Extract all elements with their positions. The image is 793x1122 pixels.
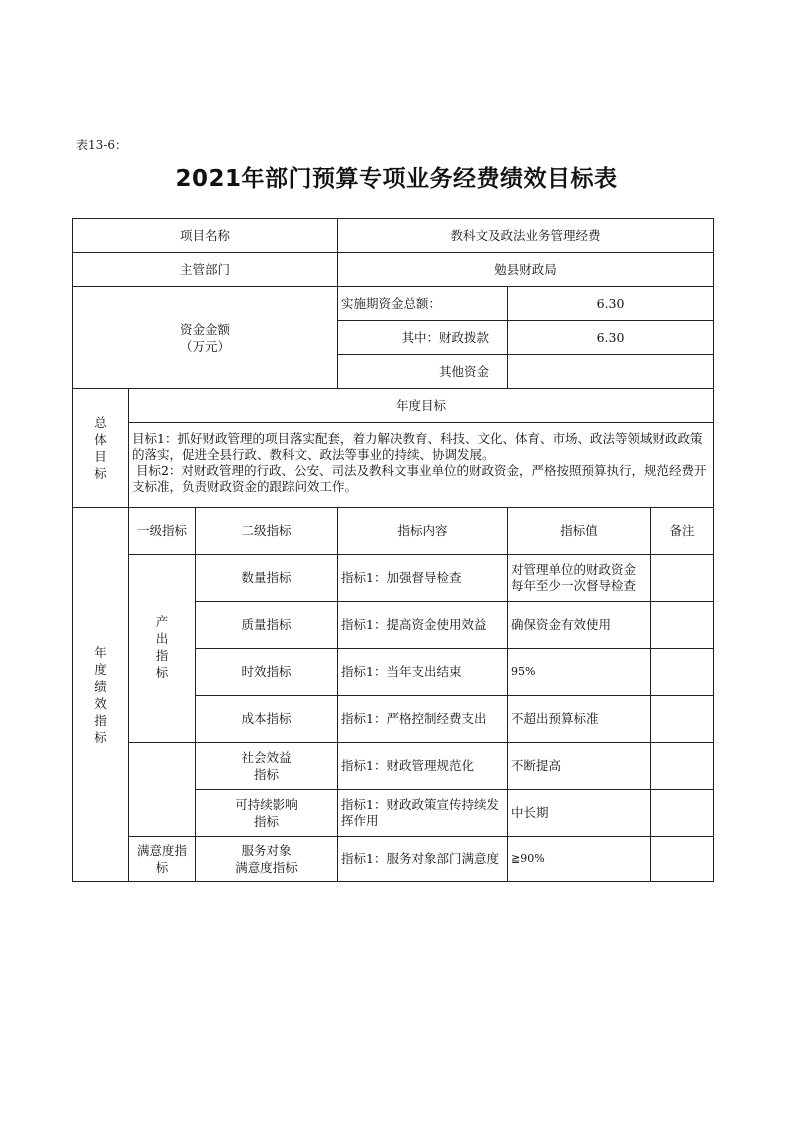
effect-indicator-label [128, 742, 196, 837]
note-cell [650, 742, 714, 790]
fund-unit: （万元） [180, 338, 230, 355]
output-indicator-label: 产 出 指 标 [128, 554, 196, 743]
project-name-label: 项目名称 [72, 218, 338, 253]
content-cell: 指标1：财政管理规范化 [337, 742, 508, 790]
satisfaction-indicator-label: 满意度指 标 [128, 836, 196, 882]
content-cell: 指标1：财政政策宣传持续发挥作用 [337, 789, 508, 837]
header-level1: 一级指标 [128, 507, 196, 555]
value-cell: 确保资金有效使用 [507, 601, 651, 649]
annual-goal-header: 年度目标 [128, 388, 714, 423]
note-cell [650, 695, 714, 743]
value-cell: 不超出预算标准 [507, 695, 651, 743]
total-value: 6.30 [507, 286, 714, 321]
table-number: 表13-6： [76, 136, 127, 153]
level2-cell: 数量指标 [195, 554, 338, 602]
annual-goal-text: 目标1：抓好财政管理的项目落实配套，着力解决教育、科技、文化、体育、市场、政法等… [128, 422, 714, 508]
content-cell: 指标1：当年支出结束 [337, 648, 508, 696]
fiscal-label: 其中：财政拨款 [337, 320, 508, 355]
note-cell [650, 648, 714, 696]
total-label: 实施期资金总额： [337, 286, 508, 321]
fund-label: 资金金额 [180, 321, 230, 338]
other-value [507, 354, 714, 389]
note-cell [650, 601, 714, 649]
value-cell: 95% [507, 648, 651, 696]
fund-label-cell: 资金金额 （万元） [72, 286, 338, 389]
goal-2: 目标2：对财政管理的行政、公安、司法及教科文事业单位的财政资金，严格按照预算执行… [132, 463, 710, 495]
note-cell [650, 836, 714, 882]
level2-cell: 可持续影响 指标 [195, 789, 338, 837]
overall-goal-label: 总 体 目 标 [72, 388, 129, 508]
header-note: 备注 [650, 507, 714, 555]
other-label: 其他资金 [337, 354, 508, 389]
dept-value: 勉县财政局 [337, 252, 714, 287]
level2-cell: 社会效益 指标 [195, 742, 338, 790]
value-cell: 中长期 [507, 789, 651, 837]
header-content: 指标内容 [337, 507, 508, 555]
project-name-value: 教科文及政法业务管理经费 [337, 218, 714, 253]
content-cell: 指标1：提高资金使用效益 [337, 601, 508, 649]
value-cell: 对管理单位的财政资金每年至少一次督导检查 [507, 554, 651, 602]
page-title: 2021年部门预算专项业务经费绩效目标表 [0, 160, 793, 193]
header-value: 指标值 [507, 507, 651, 555]
level2-cell: 成本指标 [195, 695, 338, 743]
note-cell [650, 554, 714, 602]
level2-cell: 时效指标 [195, 648, 338, 696]
content-cell: 指标1：加强督导检查 [337, 554, 508, 602]
value-cell: ≧90% [507, 836, 651, 882]
fiscal-value: 6.30 [507, 320, 714, 355]
performance-table: 项目名称 教科文及政法业务管理经费 主管部门 勉县财政局 资金金额 （万元） 实… [72, 218, 714, 882]
dept-label: 主管部门 [72, 252, 338, 287]
note-cell [650, 789, 714, 837]
goal-1: 目标1：抓好财政管理的项目落实配套，着力解决教育、科技、文化、体育、市场、政法等… [132, 431, 710, 463]
annual-indicator-label: 年 度 绩 效 指 标 [72, 507, 129, 882]
level2-cell: 服务对象 满意度指标 [195, 836, 338, 882]
level2-cell: 质量指标 [195, 601, 338, 649]
value-cell: 不断提高 [507, 742, 651, 790]
header-level2: 二级指标 [195, 507, 338, 555]
content-cell: 指标1：严格控制经费支出 [337, 695, 508, 743]
content-cell: 指标1：服务对象部门满意度 [337, 836, 508, 882]
